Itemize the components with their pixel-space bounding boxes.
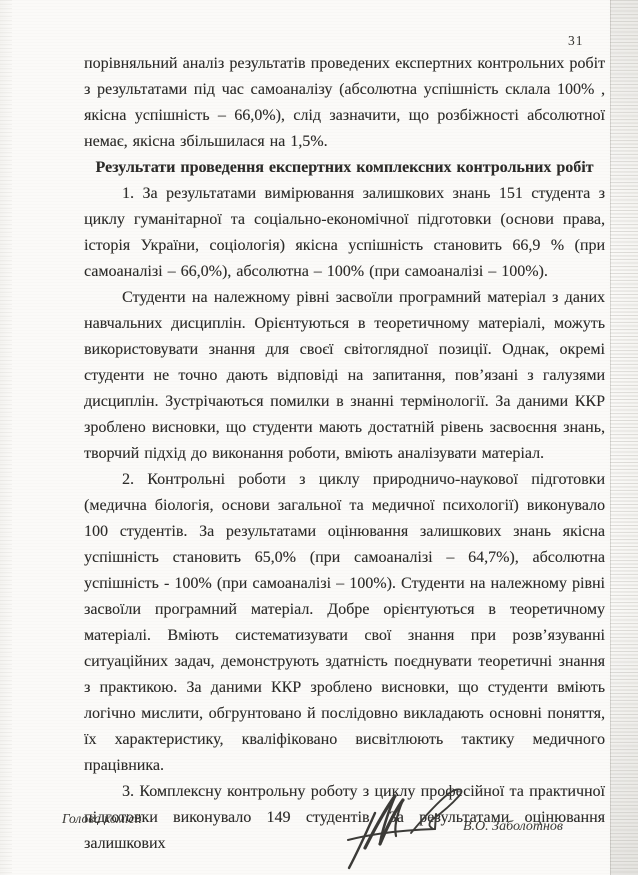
page-number: 31 — [568, 33, 584, 49]
paragraph-item-1-details: Студенти на належному рівні засвоїли про… — [84, 285, 605, 467]
signature-scribble-icon — [344, 783, 474, 875]
scanned-document-page: 31 порівняльний аналіз результатів прове… — [0, 0, 638, 875]
scan-edge-left-artifact — [0, 0, 12, 875]
paragraph-item-2: 2. Контрольні роботи з циклу природничо-… — [84, 467, 605, 779]
section-heading: Результати проведення експертних комплек… — [84, 155, 605, 181]
signer-name: В.О. Заболотнов — [463, 819, 563, 835]
paragraph-item-1: 1. За результатами вимірювання залишкови… — [84, 181, 605, 285]
paragraph-continuation: порівняльний аналіз результатів проведен… — [84, 51, 605, 155]
commission-head-label: Голова комісії — [62, 811, 142, 827]
document-body: порівняльний аналіз результатів проведен… — [84, 51, 605, 857]
scan-edge-right-artifact — [610, 0, 638, 875]
